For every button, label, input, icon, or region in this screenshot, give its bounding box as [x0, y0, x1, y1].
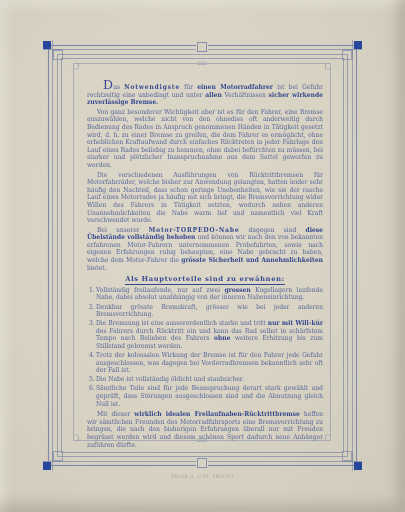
document-body: Das Notwendigste für einen Motorradfahre…: [87, 84, 323, 451]
paragraph-old-brakes: Die verschiedenen Ausführungen von Rückt…: [87, 172, 323, 225]
intro-paragraph: Das Notwendigste für einen Motorradfahre…: [87, 84, 323, 107]
advantages-list: 1.Vollständig freilaufende, nur auf zwei…: [87, 287, 323, 408]
advantage-item: 3.Die Bremsung ist eine ausserordentlich…: [89, 320, 323, 350]
advantage-item: 6.Sämtliche Teile sind für jede Beanspru…: [89, 385, 323, 408]
advantages-heading: Als Hauptvorteile sind zu erwähnen:: [87, 276, 323, 284]
advantage-item: 2.Denkbar grösste Bremskraft, grösser wi…: [89, 304, 323, 319]
advantage-item: 4.Trotz der kolossalen Wirkung der Brems…: [89, 352, 323, 375]
closing-paragraph: Mit dieser wirklich idealen Freilaufnabe…: [87, 411, 323, 449]
paper-sheet: Das Notwendigste für einen Motorradfahre…: [0, 0, 405, 512]
advantage-item: 5.Die Nabe ist vollständig öldicht und s…: [89, 376, 323, 384]
paragraph-torpedo-hub: Bei unserer Motor-TORPEDO-Nabe dagegen s…: [87, 227, 323, 273]
advantage-item: 1.Vollständig freilaufende, nur auf zwei…: [89, 287, 323, 302]
printer-imprint: DRUCK U. LITH. ANSTALT: [0, 474, 405, 479]
paragraph-brake-choice: Von ganz besonderer Wichtigkeit aber ist…: [87, 109, 323, 170]
